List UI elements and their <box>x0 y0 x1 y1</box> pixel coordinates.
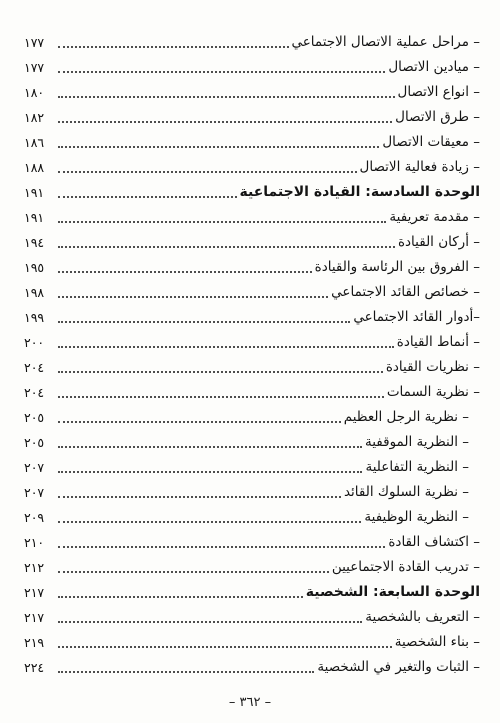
footer-page-number: – ٣٦٢ – <box>229 695 271 710</box>
dotted-leader <box>58 296 328 298</box>
toc-page-number: ٢٠٧ <box>24 480 54 505</box>
toc-page: – مراحل عملية الاتصال الاجتماعي ١٧٧ – مي… <box>0 0 500 723</box>
toc-entry: – نظريات القيادة ٢٠٤ <box>24 355 480 380</box>
toc-entry-label: – نظرية السلوك القائد <box>344 480 469 505</box>
dotted-leader <box>58 371 383 373</box>
toc-page-number: ٢١٧ <box>24 605 54 630</box>
toc-entry: – زيادة فعالية الاتصال ١٨٨ <box>24 155 480 180</box>
dotted-leader <box>58 496 341 498</box>
toc-entry-label: – النظرية الموقفية <box>365 430 469 455</box>
toc-entry: – مقدمة تعريفية ١٩١ <box>24 205 480 230</box>
toc-entry-label: – الثبات والتغير في الشخصية <box>317 655 480 680</box>
toc-list: – مراحل عملية الاتصال الاجتماعي ١٧٧ – مي… <box>24 30 480 680</box>
toc-entry-label: – انواع الاتصال <box>398 80 480 105</box>
toc-page-number: ١٩١ <box>24 205 54 230</box>
toc-entry-label: – ميادين الاتصال <box>388 55 480 80</box>
toc-entry: – النظرية التفاعلية ٢٠٧ <box>24 455 480 480</box>
toc-entry-label: – مراحل عملية الاتصال الاجتماعي <box>292 30 481 55</box>
dotted-leader <box>58 121 392 123</box>
dotted-leader <box>58 321 350 323</box>
toc-page-number: ٢٠٤ <box>24 355 54 380</box>
toc-entry: – أنماط القيادة ٢٠٠ <box>24 330 480 355</box>
dotted-leader <box>58 146 379 148</box>
toc-entry: –أدوار القائد الاجتماعي ١٩٩ <box>24 305 480 330</box>
dotted-leader <box>58 546 385 548</box>
toc-page-number: ٢٢٤ <box>24 655 54 680</box>
toc-entry-label: – الفروق بين الرئاسة والقيادة <box>315 255 480 280</box>
toc-page-number: ١٨٦ <box>24 130 54 155</box>
dotted-leader <box>58 271 312 273</box>
toc-entry: – النظرية الموقفية ٢٠٥ <box>24 430 480 455</box>
dotted-leader <box>58 171 357 173</box>
dotted-leader <box>58 346 394 348</box>
toc-page-number: ١٧٧ <box>24 30 54 55</box>
toc-entry: – خصائص القائد الاجتماعي ١٩٨ <box>24 280 480 305</box>
toc-entry-label: – النظرية التفاعلية <box>365 455 469 480</box>
toc-entry-label: – التعريف بالشخصية <box>365 605 480 630</box>
toc-page-number: ١٩٩ <box>24 305 54 330</box>
toc-page-number: ١٩٨ <box>24 280 54 305</box>
toc-entry: – الثبات والتغير في الشخصية ٢٢٤ <box>24 655 480 680</box>
dotted-leader <box>58 471 362 473</box>
page-footer: – ٣٦٢ – <box>0 695 500 710</box>
toc-entry: – مراحل عملية الاتصال الاجتماعي ١٧٧ <box>24 30 480 55</box>
toc-entry-label: الوحدة السابعة: الشخصية <box>306 580 480 605</box>
toc-entry: – انواع الاتصال ١٨٠ <box>24 80 480 105</box>
toc-page-number: ٢٠٩ <box>24 505 54 530</box>
dotted-leader <box>58 46 289 48</box>
toc-entry-label: – نظريات القيادة <box>386 355 480 380</box>
dotted-leader <box>58 621 362 623</box>
toc-page-number: ٢٠٥ <box>24 430 54 455</box>
dotted-leader <box>58 446 362 448</box>
toc-entry: – طرق الاتصال ١٨٢ <box>24 105 480 130</box>
toc-entry: – أركان القيادة ١٩٤ <box>24 230 480 255</box>
toc-page-number: ١٩٥ <box>24 255 54 280</box>
dotted-leader <box>58 571 329 573</box>
toc-entry: – تدريب القادة الاجتماعيين ٢١٢ <box>24 555 480 580</box>
toc-entry: – بناء الشخصية ٢١٩ <box>24 630 480 655</box>
toc-entry-label: – اكتشاف القادة <box>388 530 480 555</box>
toc-entry: الوحدة السابعة: الشخصية ٢١٧ <box>24 580 480 605</box>
dotted-leader <box>58 221 386 223</box>
toc-entry-label: – نظرية السمات <box>387 380 480 405</box>
toc-page-number: ٢٠٥ <box>24 405 54 430</box>
toc-entry: – اكتشاف القادة ٢١٠ <box>24 530 480 555</box>
toc-entry-label: – خصائص القائد الاجتماعي <box>331 280 480 305</box>
toc-entry-label: – تدريب القادة الاجتماعيين <box>332 555 480 580</box>
toc-entry: – نظرية السلوك القائد ٢٠٧ <box>24 480 480 505</box>
toc-entry-label: –أدوار القائد الاجتماعي <box>353 305 480 330</box>
dotted-leader <box>58 396 384 398</box>
dotted-leader <box>58 421 341 423</box>
toc-page-number: ١٩١ <box>24 180 54 205</box>
toc-entry: – نظرية الرجل العظيم ٢٠٥ <box>24 405 480 430</box>
toc-entry: – الفروق بين الرئاسة والقيادة ١٩٥ <box>24 255 480 280</box>
toc-page-number: ٢١٩ <box>24 630 54 655</box>
toc-page-number: ١٨٠ <box>24 80 54 105</box>
toc-entry-label: – بناء الشخصية <box>395 630 480 655</box>
toc-entry-label: – مقدمة تعريفية <box>389 205 480 230</box>
toc-page-number: ٢٠٠ <box>24 330 54 355</box>
dotted-leader <box>58 71 385 73</box>
dotted-leader <box>58 671 314 673</box>
toc-entry-label: – أركان القيادة <box>398 230 480 255</box>
dotted-leader <box>58 596 303 598</box>
dotted-leader <box>58 246 395 248</box>
toc-entry-label: – أنماط القيادة <box>397 330 480 355</box>
toc-page-number: ١٨٢ <box>24 105 54 130</box>
toc-entry: – النظرية الوظيفية ٢٠٩ <box>24 505 480 530</box>
toc-entry: – ميادين الاتصال ١٧٧ <box>24 55 480 80</box>
toc-page-number: ٢٠٧ <box>24 455 54 480</box>
toc-entry-label: – طرق الاتصال <box>395 105 480 130</box>
toc-entry: – معيقات الاتصال ١٨٦ <box>24 130 480 155</box>
toc-page-number: ٢١٠ <box>24 530 54 555</box>
toc-entry: – التعريف بالشخصية ٢١٧ <box>24 605 480 630</box>
toc-entry: الوحدة السادسة: القيادة الاجتماعية ١٩١ <box>24 180 480 205</box>
toc-entry-label: – النظرية الوظيفية <box>364 505 469 530</box>
toc-entry-label: – معيقات الاتصال <box>382 130 480 155</box>
toc-page-number: ١٧٧ <box>24 55 54 80</box>
dotted-leader <box>58 96 395 98</box>
toc-page-number: ٢١٧ <box>24 580 54 605</box>
dotted-leader <box>58 521 361 523</box>
toc-page-number: ١٨٨ <box>24 155 54 180</box>
dotted-leader <box>58 646 392 648</box>
toc-entry-label: – زيادة فعالية الاتصال <box>360 155 480 180</box>
toc-entry: – نظرية السمات ٢٠٤ <box>24 380 480 405</box>
toc-page-number: ١٩٤ <box>24 230 54 255</box>
toc-page-number: ٢١٢ <box>24 555 54 580</box>
toc-entry-label: الوحدة السادسة: القيادة الاجتماعية <box>240 180 481 205</box>
dotted-leader <box>58 196 237 198</box>
toc-page-number: ٢٠٤ <box>24 380 54 405</box>
toc-entry-label: – نظرية الرجل العظيم <box>344 405 469 430</box>
